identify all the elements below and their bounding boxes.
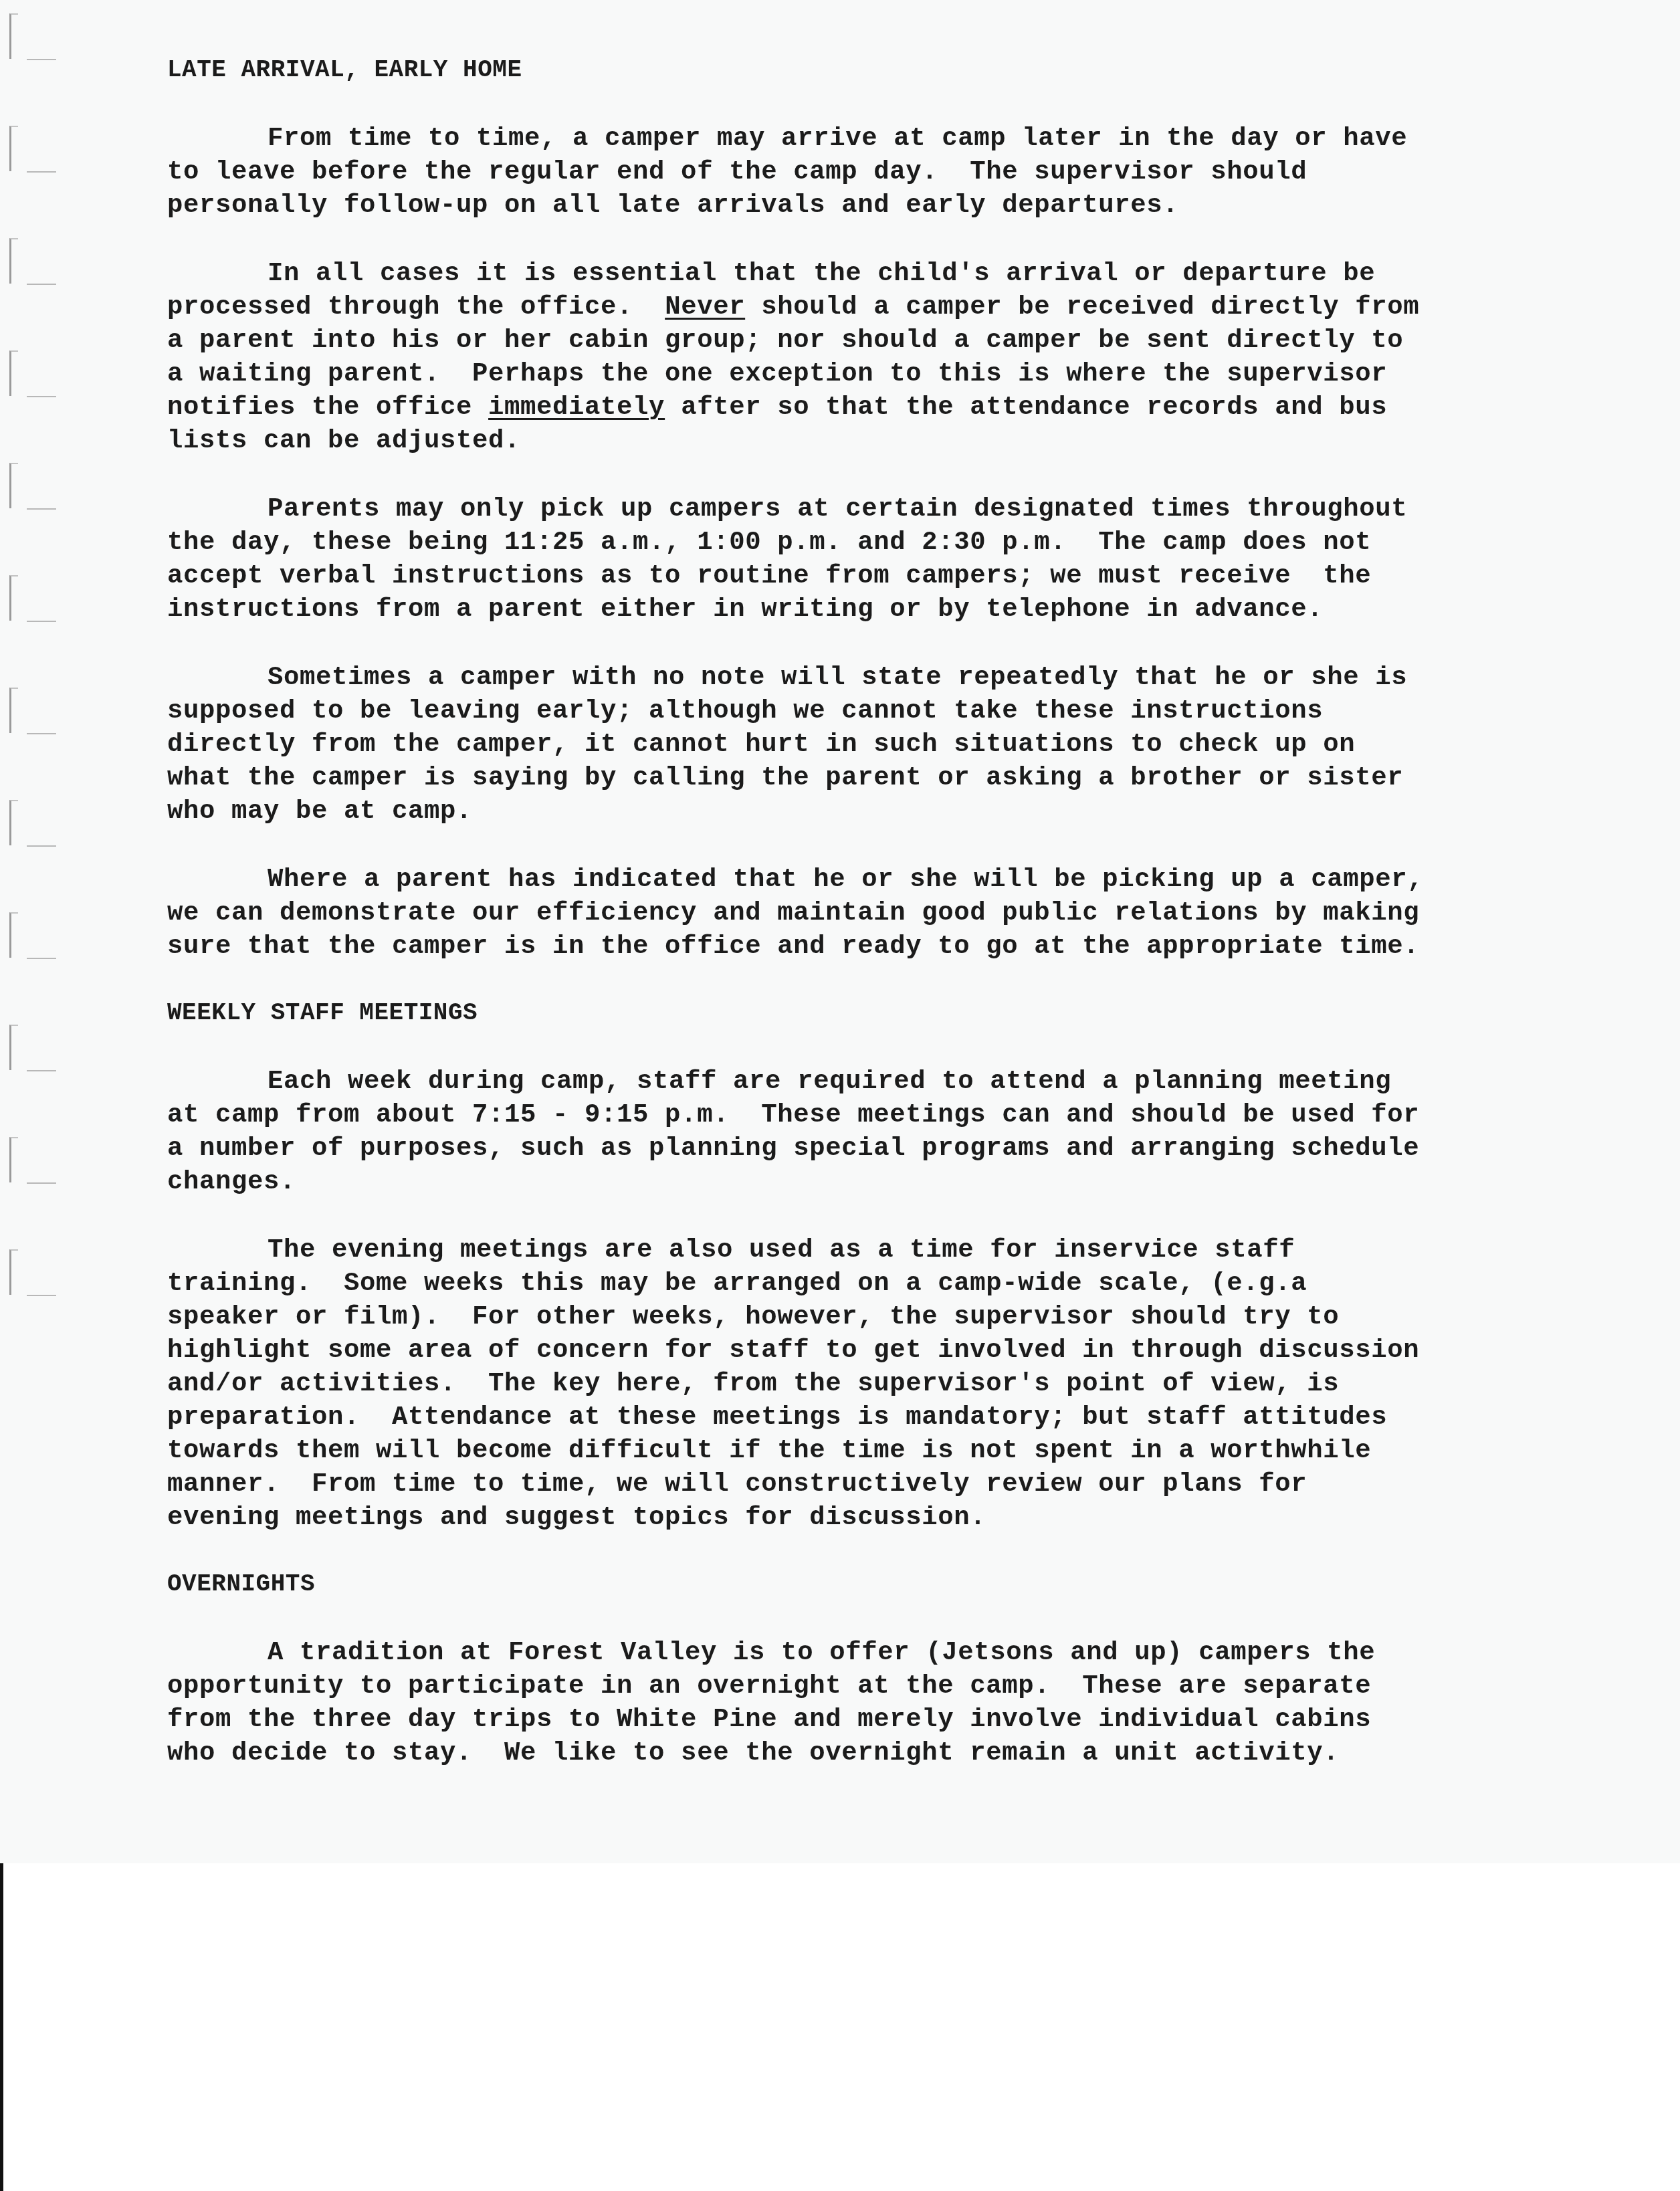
bracket-mark (9, 126, 18, 171)
text-line: notifies the office immediately after so… (167, 391, 1505, 424)
bracket-mark (9, 13, 18, 59)
paragraph: The evening meetings are also used as a … (167, 1233, 1505, 1534)
bracket-mark (9, 350, 18, 396)
text-line: changes. (167, 1165, 1505, 1198)
text-line: personally follow-up on all late arrival… (167, 189, 1505, 222)
binding-hole-mark (9, 912, 44, 959)
text-line: the day, these being 11:25 a.m., 1:00 p.… (167, 526, 1505, 559)
bracket-mark (9, 575, 18, 621)
bracket-mark (9, 688, 18, 733)
text-line: manner. From time to time, we will const… (167, 1467, 1505, 1501)
tick-mark (27, 733, 56, 734)
text-line: instructions from a parent either in wri… (167, 593, 1505, 626)
text-line: what the camper is saying by calling the… (167, 761, 1505, 795)
text-line: highlight some area of concern for staff… (167, 1334, 1505, 1367)
text-line: sure that the camper is in the office an… (167, 930, 1505, 963)
tick-mark (27, 396, 56, 397)
text-line: In all cases it is essential that the ch… (167, 257, 1505, 290)
tick-mark (27, 1070, 56, 1071)
text-line: From time to time, a camper may arrive a… (167, 122, 1505, 155)
binding-hole-mark (9, 1025, 44, 1071)
text-line: processed through the office. Never shou… (167, 290, 1505, 324)
section-heading: LATE ARRIVAL, EARLY HOME (167, 54, 1505, 87)
text-line: from the three day trips to White Pine a… (167, 1703, 1505, 1736)
text-line: who may be at camp. (167, 795, 1505, 828)
tick-mark (27, 1295, 56, 1296)
paragraph: Parents may only pick up campers at cert… (167, 492, 1505, 626)
tick-mark (27, 1182, 56, 1184)
paragraph: Sometimes a camper with no note will sta… (167, 661, 1505, 828)
text-line: supposed to be leaving early; although w… (167, 694, 1505, 728)
paragraph: In all cases it is essential that the ch… (167, 257, 1505, 457)
tick-mark (27, 59, 56, 60)
binding-hole-mark (9, 1137, 44, 1184)
text-line: speaker or film). For other weeks, howev… (167, 1300, 1505, 1334)
text-line: we can demonstrate our efficiency and ma… (167, 896, 1505, 930)
text-line: a number of purposes, such as planning s… (167, 1132, 1505, 1165)
text-line: at camp from about 7:15 - 9:15 p.m. Thes… (167, 1098, 1505, 1132)
tick-mark (27, 508, 56, 510)
binding-hole-mark (9, 13, 44, 60)
text-line: and/or activities. The key here, from th… (167, 1367, 1505, 1400)
bracket-mark (9, 238, 18, 284)
binding-hole-mark (9, 238, 44, 285)
bracket-mark (9, 463, 18, 508)
bracket-mark (9, 1025, 18, 1070)
text-line: The evening meetings are also used as a … (167, 1233, 1505, 1267)
paragraph: Where a parent has indicated that he or … (167, 863, 1505, 963)
tick-mark (27, 171, 56, 173)
tick-mark (27, 958, 56, 959)
text-line: A tradition at Forest Valley is to offer… (167, 1636, 1505, 1669)
binding-hole-mark (9, 575, 44, 622)
bracket-mark (9, 912, 18, 958)
text-line: a waiting parent. Perhaps the one except… (167, 357, 1505, 391)
underlined-emphasis: Never (665, 292, 745, 322)
text-line: towards them will become difficult if th… (167, 1434, 1505, 1467)
tick-mark (27, 284, 56, 285)
section-heading: WEEKLY STAFF MEETINGS (167, 997, 1505, 1030)
section-heading: OVERNIGHTS (167, 1568, 1505, 1601)
binding-hole-mark (9, 1249, 44, 1296)
text-line: Where a parent has indicated that he or … (167, 863, 1505, 896)
bracket-mark (9, 1137, 18, 1182)
binding-hole-mark (9, 800, 44, 847)
scan-edge (0, 1863, 3, 2191)
underlined-emphasis: immediately (488, 393, 665, 422)
text-line: Parents may only pick up campers at cert… (167, 492, 1505, 526)
text-line: Each week during camp, staff are require… (167, 1065, 1505, 1098)
paragraph: From time to time, a camper may arrive a… (167, 122, 1505, 222)
text-line: who decide to stay. We like to see the o… (167, 1736, 1505, 1770)
text-line: to leave before the regular end of the c… (167, 155, 1505, 189)
bracket-mark (9, 800, 18, 845)
paragraph: A tradition at Forest Valley is to offer… (167, 1636, 1505, 1770)
text-line: Sometimes a camper with no note will sta… (167, 661, 1505, 694)
text-line: training. Some weeks this may be arrange… (167, 1267, 1505, 1300)
binding-hole-mark (9, 350, 44, 397)
document-body: LATE ARRIVAL, EARLY HOMEFrom time to tim… (167, 54, 1505, 1770)
text-line: lists can be adjusted. (167, 424, 1505, 457)
text-line: opportunity to participate in an overnig… (167, 1669, 1505, 1703)
text-line: evening meetings and suggest topics for … (167, 1501, 1505, 1534)
text-line: directly from the camper, it cannot hurt… (167, 728, 1505, 761)
text-line: preparation. Attendance at these meeting… (167, 1400, 1505, 1434)
binding-hole-mark (9, 126, 44, 173)
tick-mark (27, 845, 56, 847)
binding-hole-mark (9, 463, 44, 510)
text-line: a parent into his or her cabin group; no… (167, 324, 1505, 357)
binding-hole-mark (9, 688, 44, 734)
paragraph: Each week during camp, staff are require… (167, 1065, 1505, 1198)
text-line: accept verbal instructions as to routine… (167, 559, 1505, 593)
bracket-mark (9, 1249, 18, 1295)
tick-mark (27, 621, 56, 622)
